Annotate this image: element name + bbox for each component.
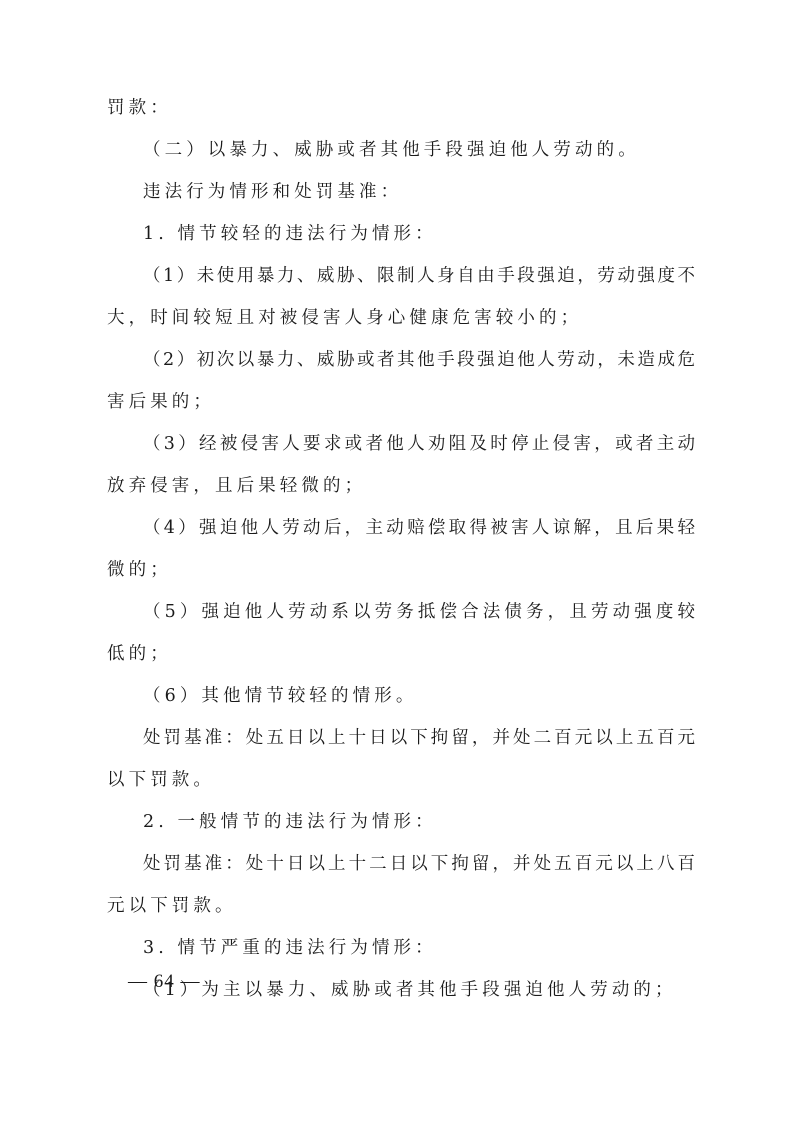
text-line: （5）强迫他人劳动系以劳务抵偿合法债务，且劳动强度较	[143, 600, 695, 624]
text-line: （2）初次以暴力、威胁或者其他手段强迫他人劳动，未造成危	[143, 348, 695, 372]
text-line: （6）其他情节较轻的情形。	[143, 684, 733, 708]
text-line: 低的；	[107, 642, 697, 666]
text-line: 罚款：	[107, 96, 697, 120]
text-line: 以下罚款。	[107, 768, 697, 792]
text-line: 3. 情节严重的违法行为情形：	[143, 936, 733, 960]
text-line: 元以下罚款。	[107, 894, 697, 918]
text-line: （4）强迫他人劳动后，主动赔偿取得被害人谅解，且后果轻	[143, 516, 695, 540]
text-line: （1）为主以暴力、威胁或者其他手段强迫他人劳动的；	[143, 978, 733, 1002]
text-line: 2. 一般情节的违法行为情形：	[143, 810, 733, 834]
text-line: （3）经被侵害人要求或者他人劝阻及时停止侵害，或者主动	[143, 432, 695, 456]
text-line: 处罚基准：处十日以上十二日以下拘留，并处五百元以上八百	[143, 852, 695, 876]
text-line: 大，时间较短且对被侵害人身心健康危害较小的；	[107, 306, 697, 330]
text-line: 1. 情节较轻的违法行为情形：	[143, 222, 733, 246]
text-line: 违法行为情形和处罚基准：	[143, 180, 733, 204]
text-line: 放弃侵害，且后果轻微的；	[107, 474, 697, 498]
document-page: 罚款：（二）以暴力、威胁或者其他手段强迫他人劳动的。违法行为情形和处罚基准：1.…	[0, 0, 793, 1122]
text-line: 害后果的；	[107, 390, 697, 414]
text-line: （二）以暴力、威胁或者其他手段强迫他人劳动的。	[143, 138, 733, 162]
text-line: 微的；	[107, 558, 697, 582]
page-number: — 64 —	[128, 971, 201, 993]
text-line: （1）未使用暴力、威胁、限制人身自由手段强迫，劳动强度不	[143, 264, 695, 288]
text-line: 处罚基准：处五日以上十日以下拘留，并处二百元以上五百元	[143, 726, 695, 750]
